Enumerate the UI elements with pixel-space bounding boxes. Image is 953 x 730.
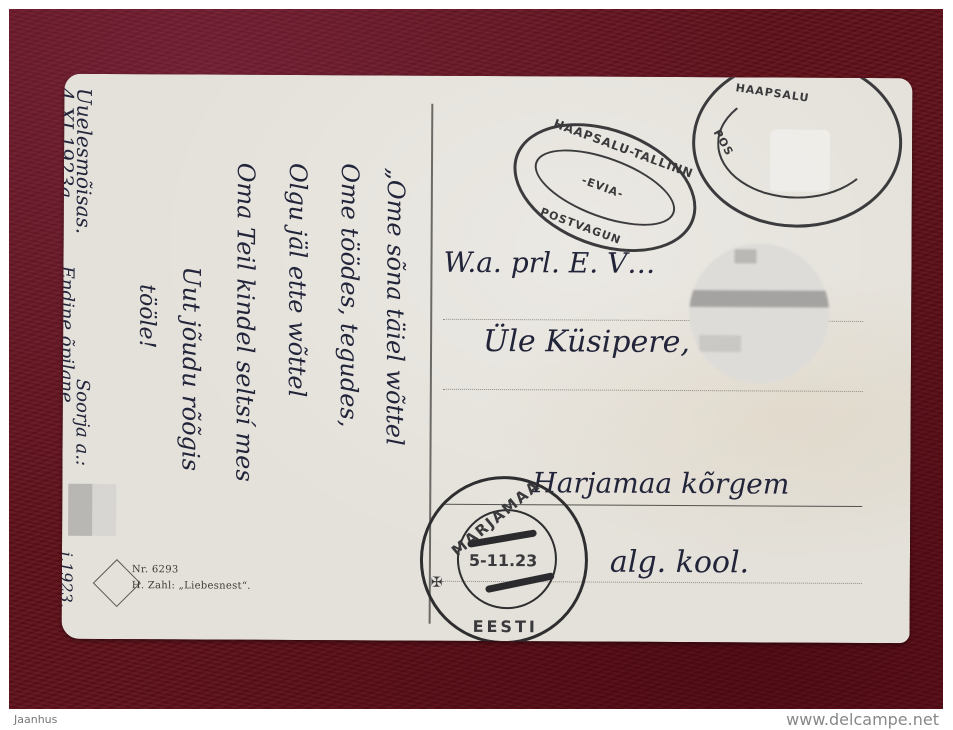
torn-stamp-area	[770, 129, 830, 191]
address-line-4: alg. kool.	[610, 545, 749, 581]
printed-title: H. Zahl: „Liebesnest“.	[132, 580, 251, 592]
side-note-signature: Soorja a.:	[71, 379, 92, 466]
message-line-3: Olgu jäl ette wõttel	[283, 163, 312, 397]
round-postmark-bottom: EESTI	[473, 617, 538, 636]
message-line-2: Ome töödes, tegudes,	[335, 163, 364, 427]
site-watermark: www.delcampe.net	[786, 710, 939, 729]
side-note-year: i.1923.	[62, 552, 76, 608]
round-postmark: MARJAMAA 5-11.23 EESTI ✠	[420, 476, 589, 644]
cross-icon: ✠	[431, 575, 444, 591]
printed-number: Nr. 6293	[132, 564, 179, 575]
message-line-5: Uut jõudu rõõgis	[176, 266, 205, 471]
address-line-3: Harjamaa kõrgem	[532, 466, 789, 500]
message-line-4: Oma Teil kindel seltsí mes	[230, 163, 260, 482]
round-postmark-date: 5-11.23	[469, 551, 537, 570]
side-note-date: 4.XI.1923a.	[62, 88, 79, 205]
address-rule-2	[443, 389, 863, 392]
photographer-caption: Jaanhus	[14, 713, 57, 726]
message-line-6: tööle!	[134, 284, 159, 348]
redacted-name	[689, 243, 830, 384]
redacted-area	[68, 484, 116, 536]
postcard: Uuelesmõisas. 4.XI.1923a. Endine õpilane…	[62, 74, 913, 643]
message-line-1: „Ome sõna täiel wõttel	[381, 167, 410, 445]
postcard-photo: Uuelesmõisas. 4.XI.1923a. Endine õpilane…	[9, 9, 943, 709]
address-line-2: Üle Küsipere,	[483, 324, 690, 360]
address-line-1: W.a. prl. E. V…	[443, 246, 655, 280]
